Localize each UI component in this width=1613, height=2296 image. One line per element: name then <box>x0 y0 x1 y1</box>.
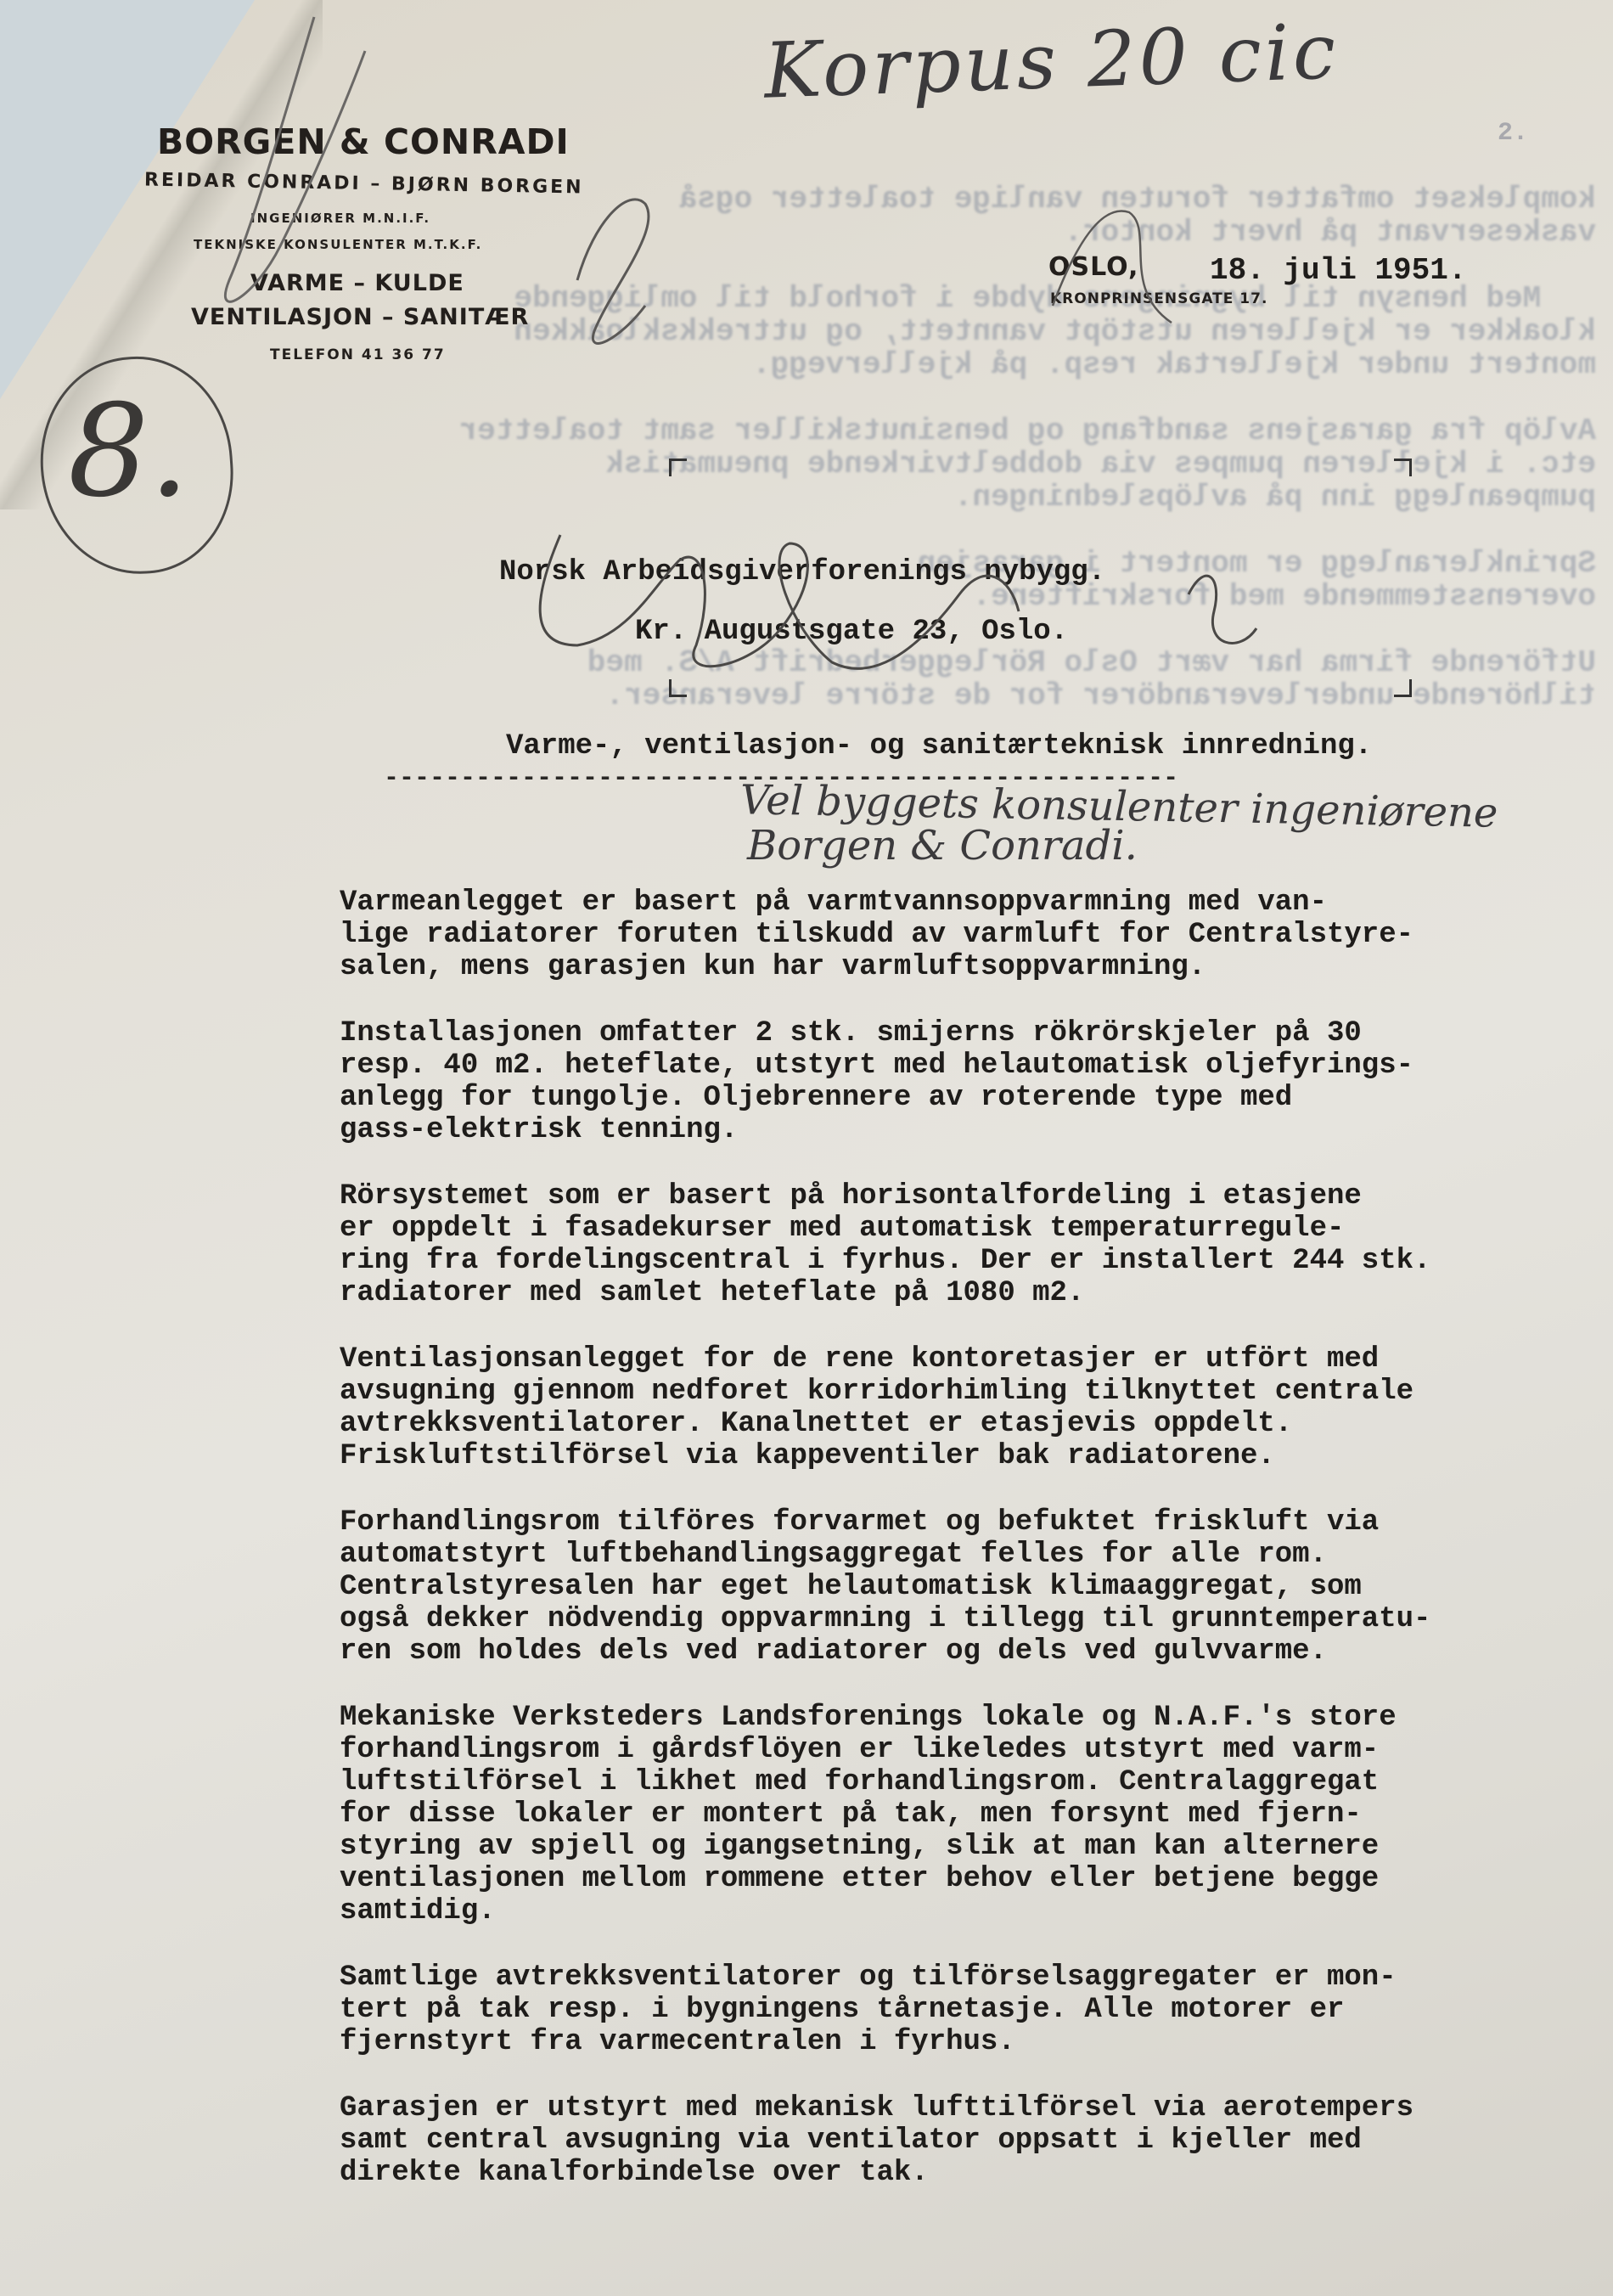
body-line: Installasjonen omfatter 2 stk. smijerns … <box>340 1017 1562 1050</box>
body-line: styring av spjell og igangsetning, slik … <box>340 1831 1562 1863</box>
body-line: avtrekksventilatorer. Kanalnettet er eta… <box>340 1408 1562 1440</box>
body-line: direkte kanalforbindelse over tak. <box>340 2157 1562 2189</box>
address-corner-bottom-right <box>1394 679 1412 697</box>
page-marker: 2. <box>1498 119 1528 148</box>
folded-corner <box>0 0 255 399</box>
recipient-line-1: Norsk Arbeidsgiverforenings nybygg. <box>499 556 1105 588</box>
letterhead-city: OSLO, <box>1048 252 1138 282</box>
paragraph-meeting-rooms: Forhandlingsrom tilföres forvarmet og be… <box>340 1506 1562 1668</box>
body-line: Varmeanlegget er basert på varmtvannsopp… <box>340 886 1562 919</box>
body-line: ring fra fordelingscentral i fyrhus. Der… <box>340 1245 1562 1277</box>
body-line: ventilasjonen mellom rommene etter behov… <box>340 1863 1562 1895</box>
letterhead-street: KRONPRINSENSGATE 17. <box>1050 290 1267 307</box>
body-line: avsugning gjennom nedforet korridorhimli… <box>340 1376 1562 1408</box>
body-line: Mekaniske Verksteders Landsforenings lok… <box>340 1702 1562 1734</box>
letter-page: komplekset omfatter foruten vanlige toal… <box>0 0 1613 2296</box>
body-line: er oppdelt i fasadekurser med automatisk… <box>340 1213 1562 1245</box>
company-title-2: TEKNISKE KONSULENTER M.T.K.F. <box>194 237 482 252</box>
body-line: Ventilasjonsanlegget for de rene kontore… <box>340 1343 1562 1376</box>
body-line: radiatorer med samlet heteflate på 1080 … <box>340 1277 1562 1309</box>
recipient-line-2: Kr. Augustsgate 23, Oslo. <box>635 616 1068 648</box>
body-line: resp. 40 m2. heteflate, utstyrt med hela… <box>340 1050 1562 1082</box>
paragraph-pipe-system: Rörsystemet som er basert på horisontalf… <box>340 1180 1562 1309</box>
paragraph-installation: Installasjonen omfatter 2 stk. smijerns … <box>340 1017 1562 1146</box>
body-line: Garasjen er utstyrt med mekanisk lufttil… <box>340 2092 1562 2124</box>
body-line: automatstyrt luftbehandlingsaggregat fel… <box>340 1539 1562 1571</box>
company-title-1: INGENIØRER M.N.I.F. <box>250 211 430 226</box>
body-line: for disse lokaler er montert på tak, men… <box>340 1798 1562 1831</box>
body-line: gass-elektrisk tenning. <box>340 1114 1562 1146</box>
body-line: lige radiatorer foruten tilskudd av varm… <box>340 919 1562 951</box>
letter-body: Varmeanlegget er basert på varmtvannsopp… <box>340 886 1562 2223</box>
body-line: samt central avsugning via ventilator op… <box>340 2124 1562 2157</box>
body-line: tert på tak resp. i bygningens tårnetasj… <box>340 1994 1562 2026</box>
letter-date: 18. juli 1951. <box>1210 253 1466 288</box>
body-line: Forhandlingsrom tilföres forvarmet og be… <box>340 1506 1562 1539</box>
company-phone: TELEFON 41 36 77 <box>270 346 446 363</box>
address-corner-top-right <box>1394 459 1412 476</box>
circled-number: 8. <box>68 378 189 526</box>
company-name: BORGEN & CONRADI <box>157 121 570 162</box>
handwritten-margin-note-2: Borgen & Conradi. <box>747 822 1138 869</box>
body-line: anlegg for tungolje. Oljebrennere av rot… <box>340 1082 1562 1114</box>
paragraph-heating: Varmeanlegget er basert på varmtvannsopp… <box>340 886 1562 983</box>
body-line: også dekker nödvendig oppvarmning i till… <box>340 1603 1562 1635</box>
body-line: ren som holdes dels ved radiatorer og de… <box>340 1635 1562 1668</box>
body-line: fjernstyrt fra varmecentralen i fyrhus. <box>340 2026 1562 2058</box>
body-line: forhandlingsrom i gårdsflöyen er likeled… <box>340 1734 1562 1766</box>
letter-subject: Varme-, ventilasjon- og sanitærteknisk i… <box>506 730 1372 763</box>
body-line: salen, mens garasjen kun har varmluftsop… <box>340 951 1562 983</box>
body-line: luftstilförsel i likhet med forhandlings… <box>340 1766 1562 1798</box>
body-line: samtidig. <box>340 1895 1562 1927</box>
address-corner-top-left <box>669 459 687 476</box>
body-line: Friskluftstilförsel via kappeventiler ba… <box>340 1440 1562 1472</box>
paragraph-fans: Samtlige avtrekksventilatorer og tilförs… <box>340 1961 1562 2058</box>
body-line: Centralstyresalen har eget helautomatisk… <box>340 1571 1562 1603</box>
paragraph-courtyard-wing: Mekaniske Verksteders Landsforenings lok… <box>340 1702 1562 1927</box>
body-line: Samtlige avtrekksventilatorer og tilförs… <box>340 1961 1562 1994</box>
paragraph-ventilation: Ventilasjonsanlegget for de rene kontore… <box>340 1343 1562 1472</box>
address-corner-bottom-left <box>669 679 687 697</box>
paragraph-garage: Garasjen er utstyrt med mekanisk lufttil… <box>340 2092 1562 2189</box>
company-services-1: VARME – KULDE <box>250 270 464 296</box>
body-line: Rörsystemet som er basert på horisontalf… <box>340 1180 1562 1213</box>
handwritten-top-note: Korpus 20 cic <box>762 7 1340 116</box>
company-services-2: VENTILASJON – SANITÆR <box>191 304 529 330</box>
